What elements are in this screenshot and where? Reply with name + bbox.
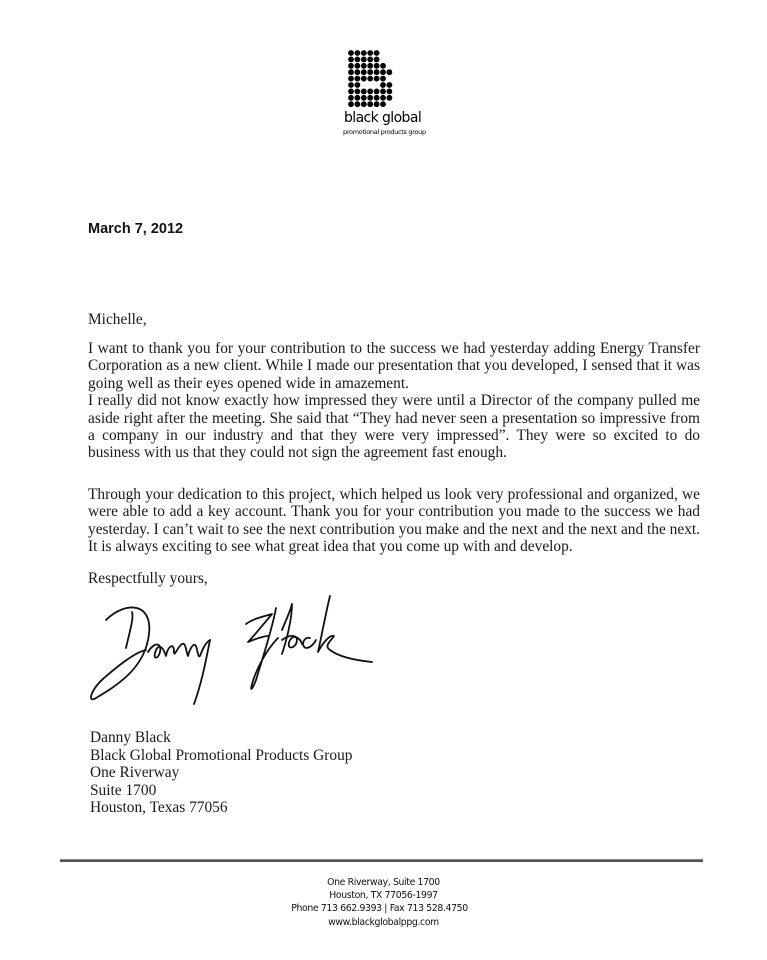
footer-website: www.blackglobalppg.com bbox=[0, 916, 767, 929]
footer-city: Houston, TX 77056-1997 bbox=[0, 889, 767, 902]
dot-matrix-b-logo-icon bbox=[348, 50, 394, 108]
salutation: Michelle, bbox=[88, 311, 700, 328]
footer-phone-fax: Phone 713 662.9393 | Fax 713 528.4750 bbox=[0, 902, 767, 915]
body-paragraph-1b: I really did not know exactly how impres… bbox=[88, 392, 700, 462]
sender-address-1: One Riverway bbox=[90, 764, 352, 782]
body-paragraph-2-text: Through your dedication to this project,… bbox=[88, 486, 700, 556]
letter-date: March 7, 2012 bbox=[88, 221, 183, 237]
body-paragraph-2: Through your dedication to this project,… bbox=[88, 486, 700, 556]
letterhead-footer: One Riverway, Suite 1700 Houston, TX 770… bbox=[0, 876, 767, 929]
brand-tagline: promotional products group bbox=[343, 128, 426, 136]
sender-block: Danny Black Black Global Promotional Pro… bbox=[90, 729, 352, 817]
sender-name: Danny Black bbox=[90, 729, 352, 747]
letterhead-logo: black global promotional products group bbox=[340, 50, 430, 108]
footer-address: One Riverway, Suite 1700 bbox=[0, 876, 767, 889]
signature-icon bbox=[86, 590, 386, 715]
body-paragraph-1: I want to thank you for your contributio… bbox=[88, 340, 700, 462]
closing: Respectfully yours, bbox=[88, 570, 700, 587]
brand-name: black global bbox=[344, 110, 421, 126]
sender-company: Black Global Promotional Products Group bbox=[90, 747, 352, 765]
sender-address-2: Suite 1700 bbox=[90, 782, 352, 800]
body-paragraph-1a: I want to thank you for your contributio… bbox=[88, 340, 700, 392]
footer-divider bbox=[60, 859, 703, 862]
sender-city-state-zip: Houston, Texas 77056 bbox=[90, 799, 352, 817]
